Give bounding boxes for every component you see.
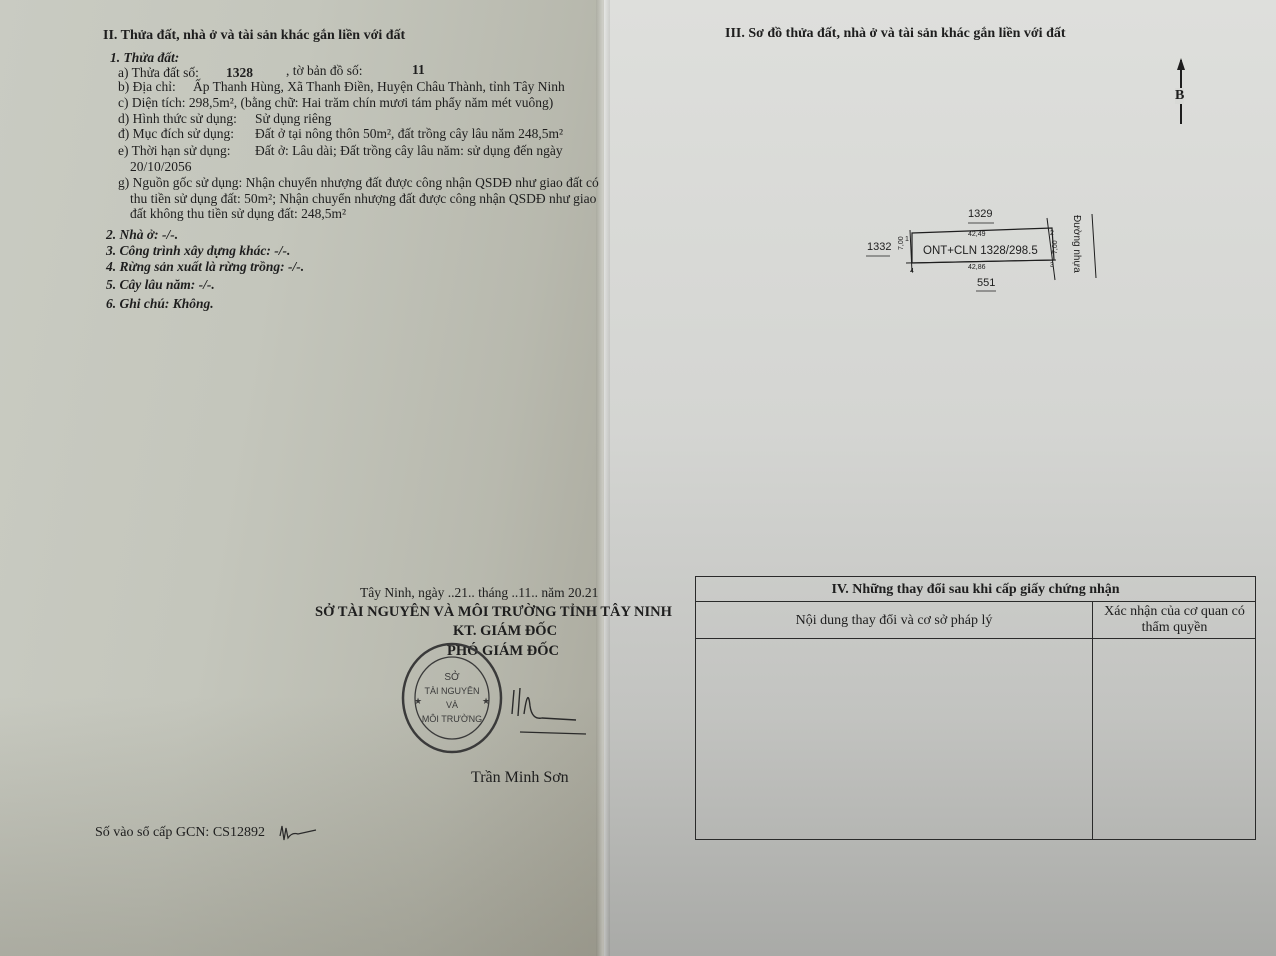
initials — [276, 822, 320, 848]
house-item: 2. Nhà ở: -/-. — [106, 227, 178, 243]
address-value: Ấp Thanh Hùng, Xã Thanh Điền, Huyện Châu… — [193, 79, 565, 95]
origin-line-2: thu tiền sử dụng đất: 50m²; Nhận chuyển … — [130, 191, 596, 207]
section2-title: II. Thửa đất, nhà ở và tài sản khác gắn … — [103, 28, 405, 44]
section4-title: IV. Những thay đổi sau khi cấp giấy chứn… — [696, 577, 1255, 602]
north-arrow: B — [1172, 58, 1192, 124]
changes-table: IV. Những thay đổi sau khi cấp giấy chứn… — [695, 576, 1256, 840]
notes-item: 6. Ghi chú: Không. — [106, 296, 214, 312]
left-edge-length: 7,00 — [898, 236, 905, 250]
neighbor-west: 1332 — [867, 241, 891, 253]
agency-name: SỞ TÀI NGUYÊN VÀ MÔI TRƯỜNG TỈNH TÂY NIN… — [315, 604, 672, 620]
changes-content-cell — [696, 639, 1092, 839]
page-fold — [596, 0, 610, 956]
confirmation-cell — [1094, 639, 1255, 839]
other-construction-item: 3. Công trình xây dựng khác: -/-. — [106, 243, 290, 259]
official-stamp: ★ ★ SỞ TÀI NGUYÊN VÀ MÔI TRƯỜNG — [400, 640, 504, 756]
corner-2: 2 — [1050, 230, 1054, 237]
bottom-edge-length: 42,86 — [968, 264, 986, 271]
column-header-changes: Nội dung thay đổi và cơ sở pháp lý — [696, 601, 1092, 638]
parcel-label: ONT+CLN 1328/298.5 — [923, 245, 1038, 257]
corner-4: 4 — [910, 268, 914, 275]
purpose-label: đ) Mục đích sử dụng: — [118, 126, 234, 142]
usage-form-label: d) Hình thức sử dụng: — [118, 111, 237, 127]
term-date: 20/10/2056 — [130, 159, 192, 175]
stamp-line-2: TÀI NGUYÊN — [400, 686, 504, 696]
neighbor-south: 551 — [977, 277, 995, 289]
term-value: Đất ở: Lâu dài; Đất trồng cây lâu năm: s… — [255, 143, 563, 159]
map-sheet-number: 11 — [412, 62, 425, 78]
stamp-line-4: MÔI TRƯỜNG — [400, 714, 504, 724]
north-label: B — [1175, 88, 1184, 104]
on-behalf: KT. GIÁM ĐỐC — [453, 623, 557, 639]
column-header-confirmation: Xác nhận của cơ quan có thẩm quyền — [1094, 604, 1255, 636]
term-label: e) Thời hạn sử dụng: — [118, 143, 230, 159]
stamp-line-3: VÀ — [400, 700, 504, 710]
section3-title: III. Sơ đồ thửa đất, nhà ở và tài sản kh… — [725, 26, 1066, 42]
stamp-line-1: SỞ — [400, 672, 504, 683]
address-label: b) Địa chỉ: — [118, 79, 176, 95]
signature — [508, 676, 588, 736]
registry-number: Số vào sổ cấp GCN: CS12892 — [95, 825, 265, 841]
area-line: c) Diện tích: 298,5m², (bằng chữ: Hai tr… — [118, 95, 553, 111]
land-heading: 1. Thửa đất: — [110, 50, 179, 66]
place-date: Tây Ninh, ngày ..21.. tháng ..11.. năm 2… — [360, 585, 598, 601]
origin-line-3: đất không thu tiền sử dụng đất: 248,5m² — [130, 206, 346, 222]
purpose-value: Đất ở tại nông thôn 50m², đất trồng cây … — [255, 126, 563, 142]
corner-1: 1 — [905, 236, 909, 243]
column-divider — [1092, 601, 1093, 839]
neighbor-north: 1329 — [968, 208, 992, 220]
road-label: Đường nhựa — [1071, 215, 1082, 273]
perennial-trees-item: 5. Cây lâu năm: -/-. — [106, 277, 215, 293]
signer-name: Trần Minh Sơn — [471, 770, 569, 786]
stamp-seal-icon: ★ ★ — [400, 640, 504, 756]
origin-line-1: g) Nguồn gốc sử dụng: Nhận chuyển nhượng… — [118, 175, 599, 191]
corner-3: 3 — [1050, 262, 1054, 269]
right-edge-length: 7,00 — [1052, 240, 1059, 254]
planted-forest-item: 4. Rừng sản xuất là rừng trồng: -/-. — [106, 259, 304, 275]
usage-form-value: Sử dụng riêng — [255, 111, 331, 127]
top-edge-length: 42,49 — [968, 231, 986, 238]
map-sheet-label: , tờ bản đồ số: — [286, 63, 363, 79]
parcel-diagram: 1329 1332 551 ONT+CLN 1328/298.5 42,49 4… — [860, 200, 1100, 300]
